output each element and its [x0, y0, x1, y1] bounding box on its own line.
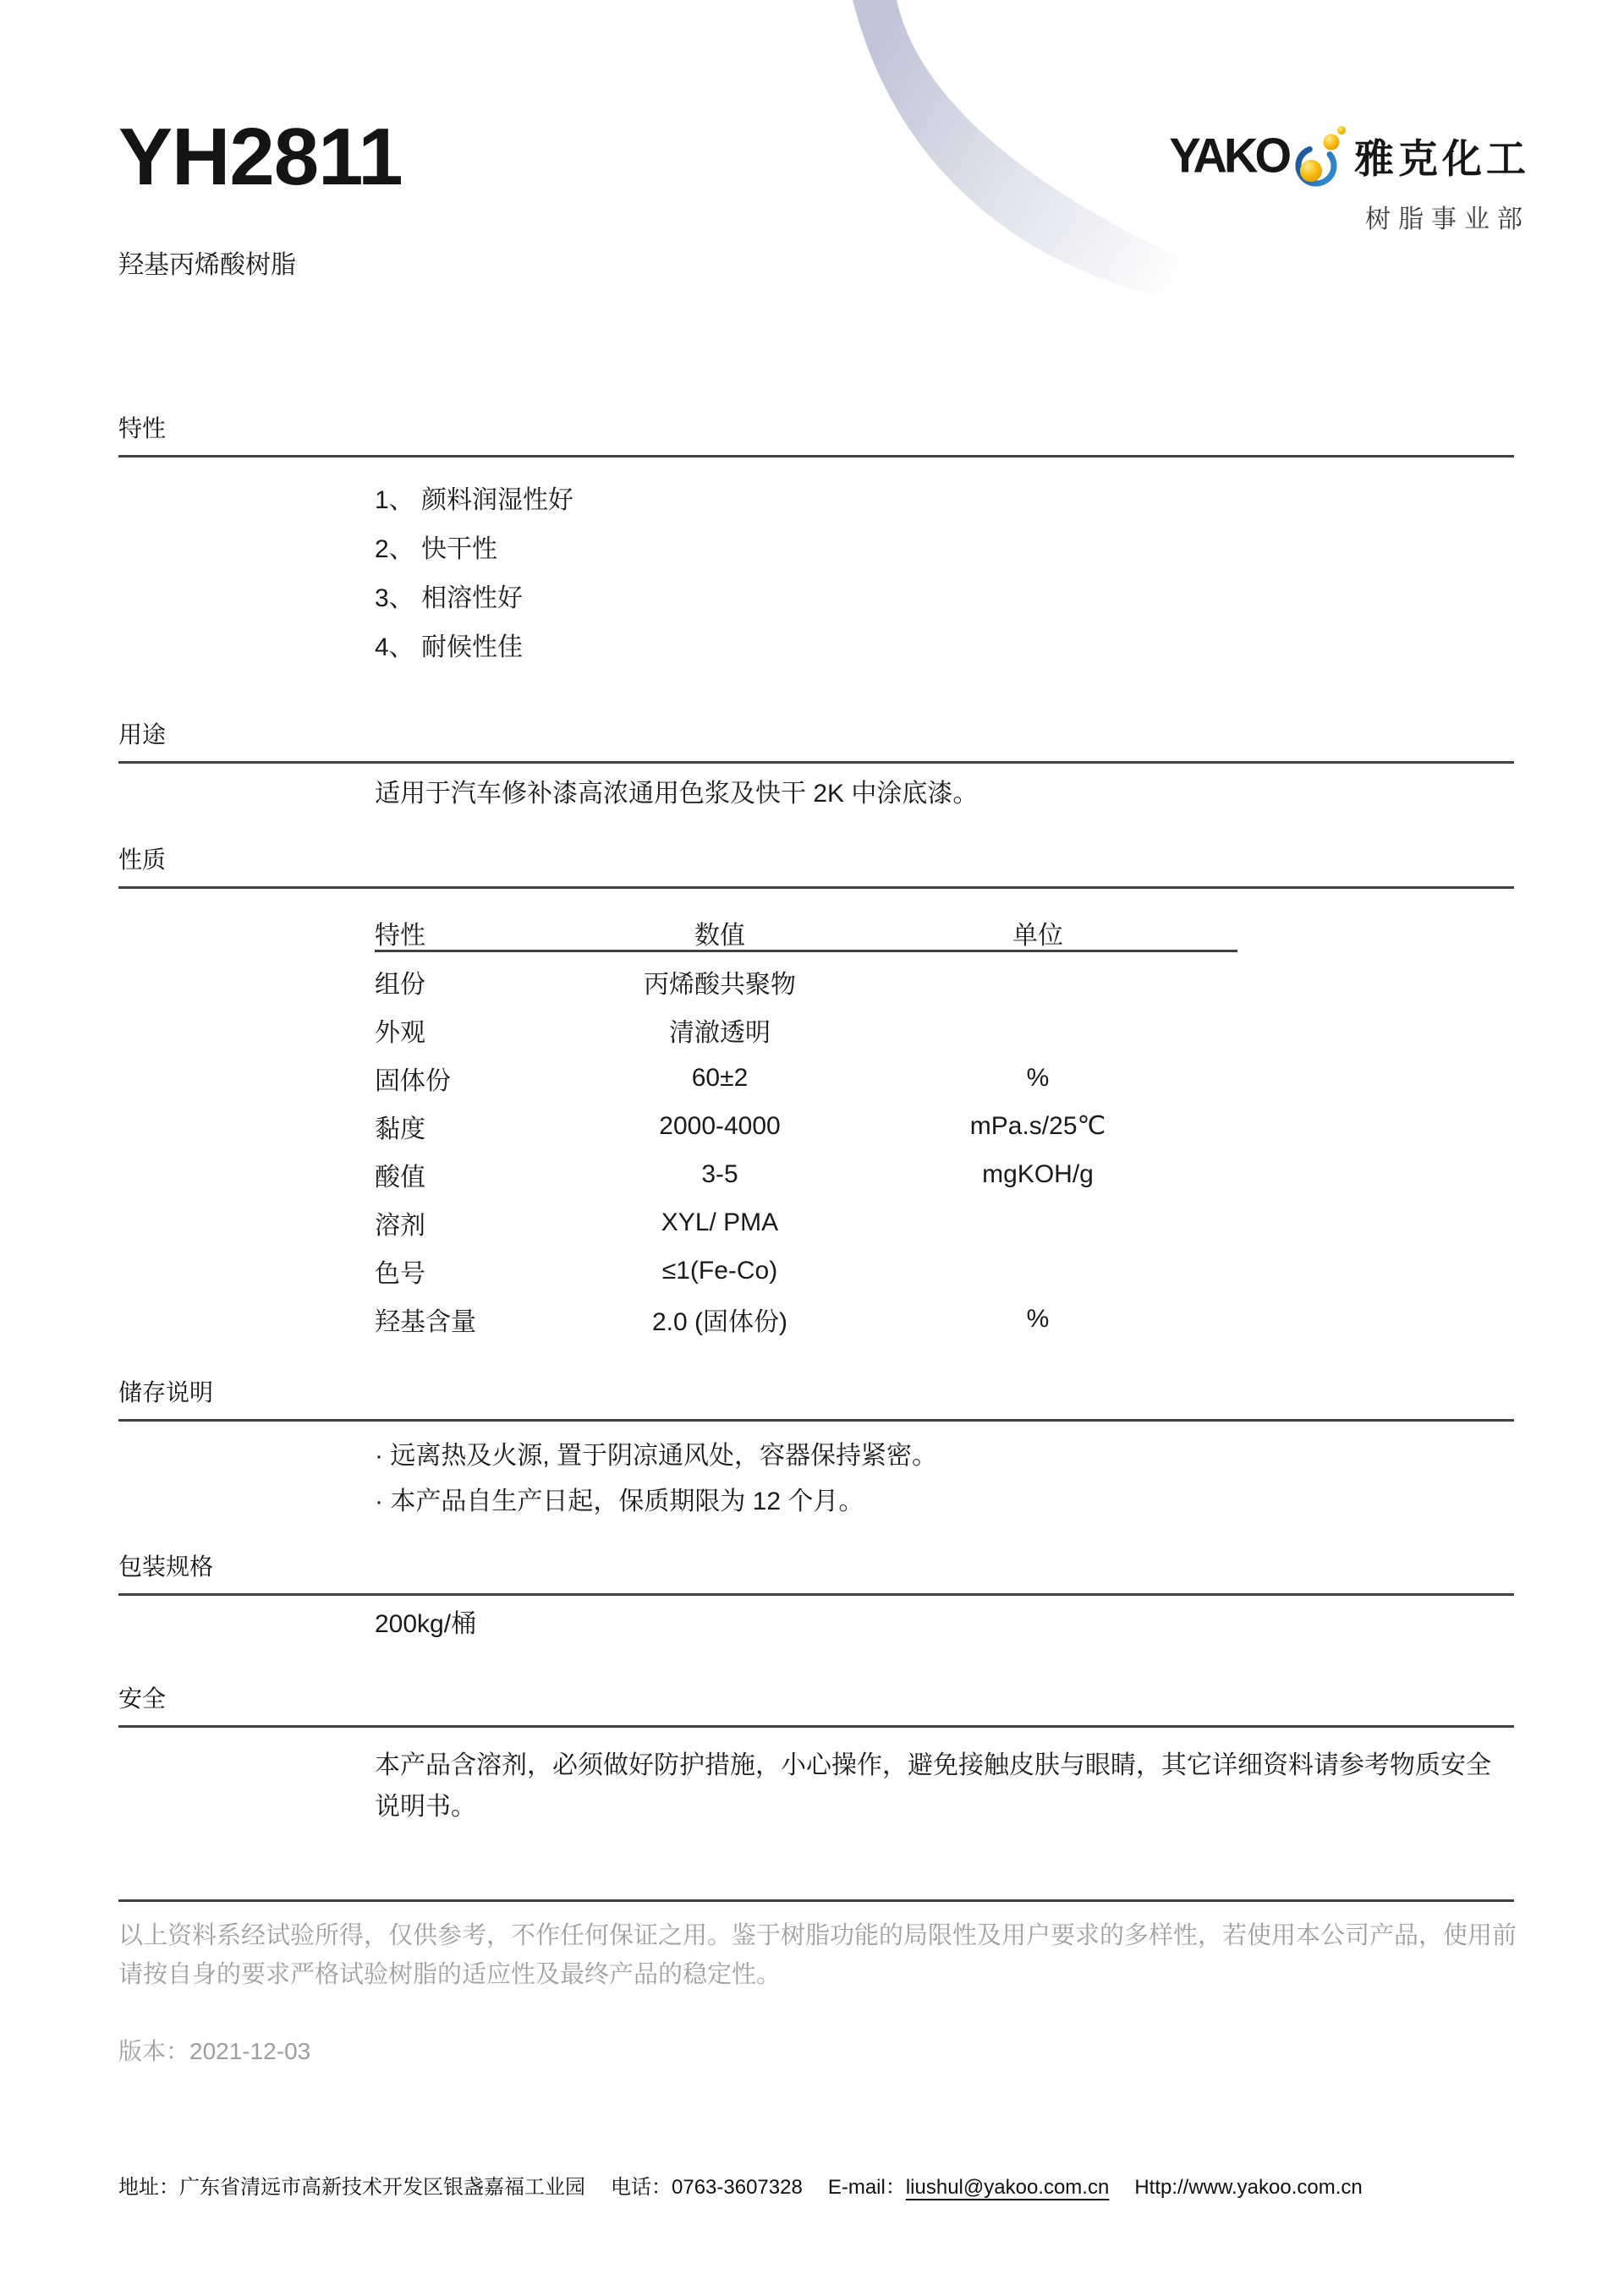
safety-text: 本产品含溶剂，必须做好防护措施，小心操作，避免接触皮肤与眼睛，其它详细资料请参考…: [375, 1728, 1514, 1827]
property-value: 2000-4000: [593, 1112, 847, 1141]
company-logo: YAKO 雅克化工: [1169, 125, 1530, 235]
table-row: 溶剂 XYL/ PMA: [375, 1198, 1514, 1247]
property-unit: mgKOH/g: [931, 1160, 1144, 1189]
table-header-row: 特性 数值 单位: [375, 914, 1514, 950]
footer-phone: 电话：0763-3607328: [611, 2170, 803, 2200]
section-storage: 储存说明 · 远离热及火源, 置于阴凉通风处，容器保持紧密。 · 本产品自生产日…: [118, 1378, 1514, 1525]
footer-website: Http://www.yakoo.com.cn: [1134, 2176, 1362, 2200]
table-row: 外观 清澈透明: [375, 1006, 1514, 1054]
property-name: 固体份: [375, 1060, 593, 1097]
property-value: 2.0 (固体份): [593, 1301, 847, 1338]
property-unit: %: [931, 1064, 1144, 1093]
property-value: 60±2: [593, 1064, 847, 1093]
table-header-property: 特性: [375, 914, 593, 951]
table-row: 黏度 2000-4000 mPa.s/25℃: [375, 1102, 1514, 1150]
property-value: 3-5: [593, 1160, 847, 1189]
section-usage: 用途 适用于汽车修补漆高浓通用色浆及快干 2K 中涂底漆。: [118, 721, 1514, 809]
table-row: 酸值 3-5 mgKOH/g: [375, 1150, 1514, 1198]
table-header-value: 数值: [593, 914, 847, 951]
logo-orbit-icon: [1293, 125, 1347, 189]
property-name: 色号: [375, 1252, 593, 1290]
feature-item: 4、 耐候性佳: [375, 623, 1514, 672]
properties-table: 特性 数值 单位 组份 丙烯酸共聚物 外观 清澈透明: [375, 889, 1514, 1343]
section-packaging-title: 包装规格: [118, 1553, 1514, 1581]
version-text: 版本：2021-12-03: [118, 2033, 310, 2067]
table-header-unit: 单位: [931, 914, 1144, 951]
section-usage-title: 用途: [118, 721, 1514, 749]
property-name: 外观: [375, 1011, 593, 1049]
footer-address: 地址：广东省清远市高新技术开发区银盏嘉福工业园: [118, 2170, 585, 2200]
storage-item: · 本产品自生产日起，保质期限为 12 个月。: [375, 1479, 1514, 1525]
table-row: 羟基含量 2.0 (固体份) %: [375, 1295, 1514, 1343]
property-unit: %: [931, 1305, 1144, 1334]
table-row: 固体份 60±2 %: [375, 1054, 1514, 1102]
feature-list: 1、 颜料润湿性好 2、 快干性 3、 相溶性好 4、 耐候性佳: [375, 458, 1514, 672]
footer-email-link[interactable]: liushul@yakoo.com.cn: [906, 2176, 1109, 2199]
logo-division-text: 树脂事业部: [1169, 198, 1530, 235]
footer-contact-line: 地址：广东省清远市高新技术开发区银盏嘉福工业园 电话：0763-3607328 …: [118, 2170, 1539, 2200]
usage-text: 适用于汽车修补漆高浓通用色浆及快干 2K 中涂底漆。: [375, 764, 1514, 809]
table-row: 组份 丙烯酸共聚物: [375, 957, 1514, 1006]
product-code-title: YH2811: [118, 117, 403, 198]
property-unit: mPa.s/25℃: [931, 1111, 1144, 1141]
property-name: 酸值: [375, 1156, 593, 1193]
disclaimer-text: 以上资料系经试验所得，仅供参考，不作任何保证之用。鉴于树脂功能的局限性及用户要求…: [118, 1916, 1518, 1994]
property-value: XYL/ PMA: [593, 1208, 847, 1237]
section-storage-title: 储存说明: [118, 1378, 1514, 1407]
property-name: 羟基含量: [375, 1301, 593, 1338]
section-features: 特性 1、 颜料润湿性好 2、 快干性 3、 相溶性好 4、 耐候性佳: [118, 414, 1514, 672]
property-name: 组份: [375, 963, 593, 1000]
packaging-text: 200kg/桶: [375, 1596, 1514, 1640]
logo-latin-text: YAKO: [1169, 131, 1288, 179]
footer-divider: [118, 1899, 1514, 1902]
table-row: 色号 ≤1(Fe-Co): [375, 1247, 1514, 1295]
footer-email-label: E-mail：: [828, 2176, 906, 2199]
property-value: 清澈透明: [593, 1011, 847, 1049]
storage-item: · 远离热及火源, 置于阴凉通风处，容器保持紧密。: [375, 1433, 1514, 1479]
feature-item: 3、 相溶性好: [375, 574, 1514, 623]
property-value: 丙烯酸共聚物: [593, 963, 847, 1000]
feature-item: 1、 颜料润湿性好: [375, 476, 1514, 525]
section-properties-title: 性质: [118, 846, 1514, 874]
property-name: 溶剂: [375, 1204, 593, 1241]
property-name: 黏度: [375, 1108, 593, 1145]
section-features-title: 特性: [118, 414, 1514, 443]
product-name-subtitle: 羟基丙烯酸树脂: [118, 250, 296, 281]
section-safety-title: 安全: [118, 1685, 1514, 1713]
datasheet-page: YH2811 羟基丙烯酸树脂 YAKO: [0, 0, 1624, 2296]
section-safety: 安全 本产品含溶剂，必须做好防护措施，小心操作，避免接触皮肤与眼睛，其它详细资料…: [118, 1685, 1514, 1827]
section-properties: 性质 特性 数值 单位 组份 丙烯酸共聚物 外观: [118, 846, 1514, 1343]
footer-email-group: E-mail：liushul@yakoo.com.cn: [828, 2170, 1109, 2200]
property-value: ≤1(Fe-Co): [593, 1257, 847, 1285]
feature-item: 2、 快干性: [375, 525, 1514, 574]
section-packaging: 包装规格 200kg/桶: [118, 1553, 1514, 1640]
storage-list: · 远离热及火源, 置于阴凉通风处，容器保持紧密。 · 本产品自生产日起，保质期…: [375, 1422, 1514, 1525]
logo-chinese-text: 雅克化工: [1354, 139, 1530, 178]
